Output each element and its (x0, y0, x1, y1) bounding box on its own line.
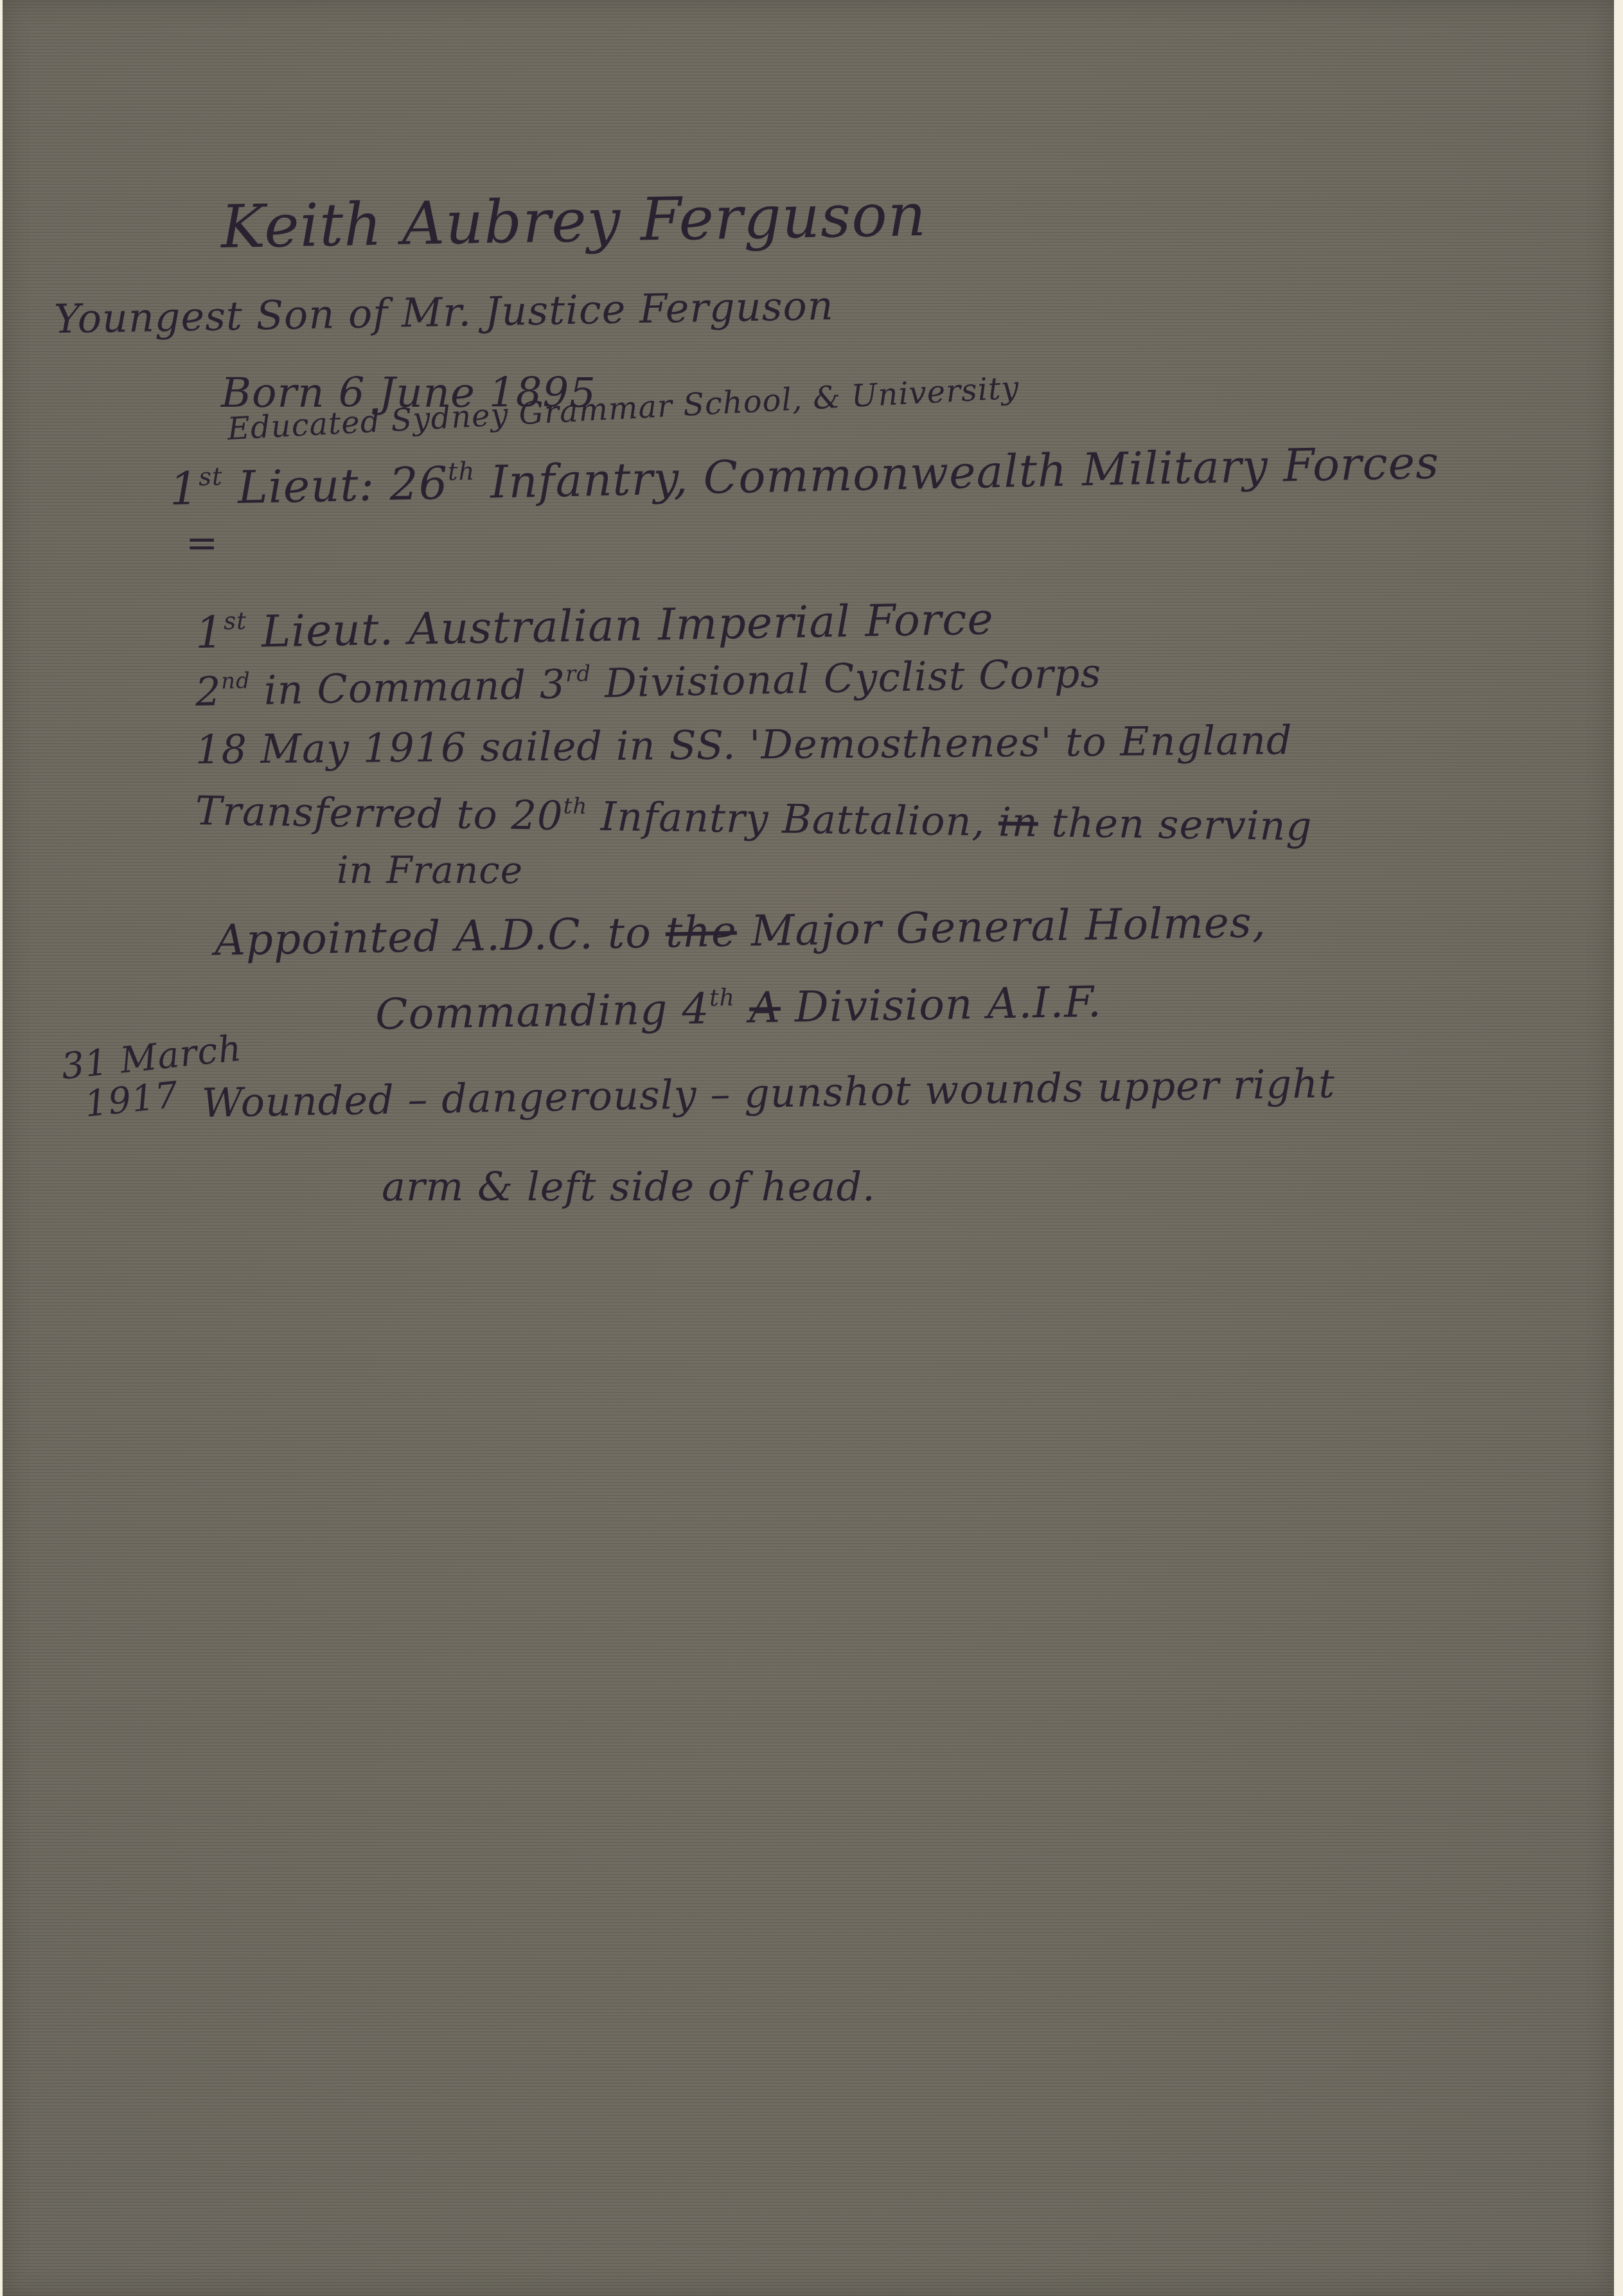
subtitle-parentage: Youngest Son of Mr. Justice Ferguson (53, 282, 834, 343)
entry-text: Divisional Cyclist Corps (591, 649, 1102, 707)
entry-text: Lieut. Australian Imperial Force (247, 594, 994, 657)
entry-text: Infantry, Commonwealth Military Forces (475, 436, 1440, 509)
struck-out-word: in (998, 798, 1039, 846)
ordinal-suffix: th (448, 457, 475, 486)
entry-commanding: Commanding 4th A Division A.I.F. (375, 977, 1102, 1039)
ordinal-suffix: th (563, 793, 587, 819)
entry-text: Lieut: 26 (222, 457, 448, 514)
entry-transferred: Transferred to 20th Infantry Battalion, … (195, 787, 1312, 850)
entry-wounded-continued: arm & left side of head. (382, 1163, 876, 1210)
entry-sailed: 18 May 1916 sailed in SS. 'Demosthenes' … (195, 716, 1293, 773)
document-title: Keith Aubrey Ferguson (220, 181, 927, 262)
ordinal-suffix: th (709, 983, 736, 1011)
entry-appointed-adc: Appointed A.D.C. to the Major General Ho… (214, 897, 1266, 965)
ordinal-suffix: st (224, 607, 247, 636)
ordinal-suffix: rd (565, 661, 592, 688)
entry-text: Appointed A.D.C. to (214, 908, 666, 965)
entry-text: Commanding 4 (375, 984, 710, 1039)
ordinal-number: 2 (195, 668, 222, 715)
entry-text: then serving (1038, 799, 1312, 850)
entry-wounded: Wounded – dangerously – gunshot wounds u… (201, 1060, 1335, 1126)
entry-text: Major General Holmes, (736, 897, 1266, 956)
ordinal-suffix: st (199, 462, 223, 492)
struck-out-word: the (665, 907, 737, 957)
struck-out-word: A (749, 983, 781, 1033)
ordinal-number: 1 (169, 462, 199, 515)
separator-mark: = (186, 521, 218, 565)
document-page: Keith Aubrey Ferguson Youngest Son of Mr… (3, 0, 1614, 2296)
entry-text: in Command 3 (250, 661, 566, 714)
entry-lieut-cmf: 1st Lieut: 26th Infantry, Commonwealth M… (169, 436, 1440, 515)
entry-second-in-command: 2nd in Command 3rd Divisional Cyclist Co… (195, 649, 1102, 715)
entry-text: Transferred to 20 (195, 787, 563, 839)
entry-text: Infantry Battalion, (587, 793, 999, 846)
ordinal-number: 1 (195, 607, 224, 659)
entry-transferred-continued: in France (337, 848, 523, 892)
entry-lieut-aif: 1st Lieut. Australian Imperial Force (195, 593, 994, 659)
entry-text: Division A.I.F. (780, 977, 1102, 1032)
ordinal-suffix: nd (221, 668, 251, 695)
